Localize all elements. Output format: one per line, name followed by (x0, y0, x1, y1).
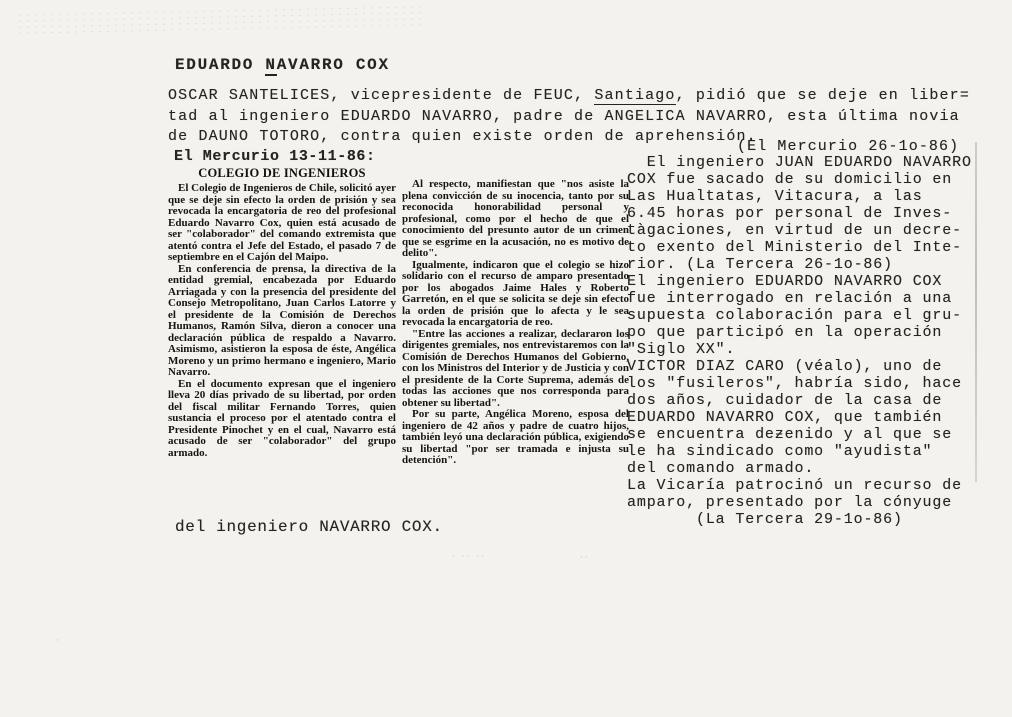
scanned-document-page: EDUARDO NAVARRO COX OSCAR SANTELICES, vi… (0, 0, 1012, 717)
clipping-column-1: El Colegio de Ingenieros de Chile, solic… (168, 183, 396, 459)
intro-line-1-post: , pidió que se deje en liber= (676, 87, 970, 104)
title-underlined-letter: N (265, 56, 276, 76)
title-text-2: AVARRO COX (277, 56, 390, 74)
typed-notes-column: El ingeniero JUAN EDUARDO NAVARRO COX fu… (627, 154, 1002, 528)
smudge-mark: ·· (580, 553, 590, 563)
clipping-paragraph: El Colegio de Ingenieros de Chile, solic… (168, 183, 396, 264)
intro-underlined-word: Santiago (594, 87, 675, 105)
paste-edge-line (975, 142, 977, 482)
intro-line-1: OSCAR SANTELICES, vicepresidente de FEUC… (168, 86, 1004, 107)
intro-source-citation: (El Mercurio 26-1o-86) (737, 138, 959, 155)
smudge-mark: · ·· ·· (452, 552, 486, 562)
clipping-paragraph: Por su parte, Angélica Moreno, esposa de… (402, 409, 629, 467)
bottom-caption: del ingeniero NAVARRO COX. (175, 518, 443, 536)
clipping-headline: COLEGIO DE INGENIEROS (168, 166, 396, 181)
title-text-1: EDUARDO (175, 56, 265, 74)
smudge-mark: · (56, 636, 61, 646)
pencil-scribble-mark (16, 4, 426, 37)
clipping-paragraph: "Entre las acciones a realizar, declarar… (402, 329, 629, 410)
clipping-date-label: El Mercurio 13-11-86: (174, 148, 376, 165)
document-title: EDUARDO NAVARRO COX (175, 56, 390, 74)
clipping-paragraph: Al respecto, manifiestan que "nos asiste… (402, 179, 629, 260)
clipping-column-2: Al respecto, manifiestan que "nos asiste… (402, 179, 629, 467)
clipping-paragraph: Igualmente, indicaron que el colegio se … (402, 260, 629, 329)
clipping-paragraph: En el documento expresan que el ingenier… (168, 379, 396, 460)
intro-line-2: tad al ingeniero EDUARDO NAVARRO, padre … (168, 107, 1004, 128)
intro-line-1-pre: OSCAR SANTELICES, vicepresidente de FEUC… (168, 87, 594, 104)
clipping-paragraph: En conferencia de prensa, la directiva d… (168, 264, 396, 379)
